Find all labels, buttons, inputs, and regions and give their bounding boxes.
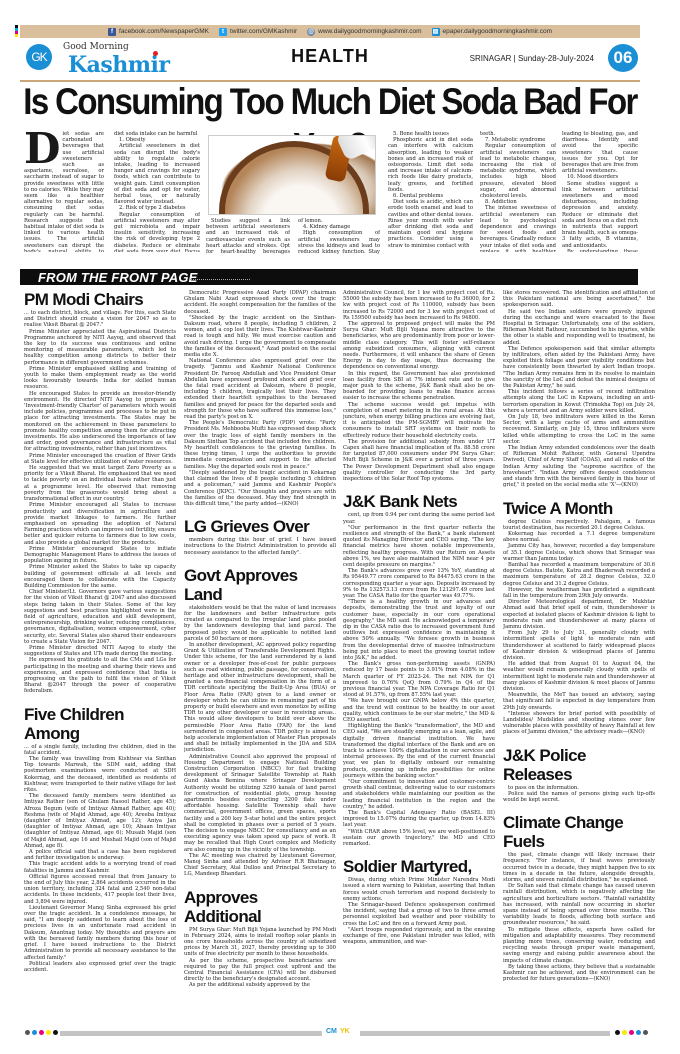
story-headline: J&K Police Releases xyxy=(503,746,655,784)
front-col-3: Administrative Council, for 1 kw with pr… xyxy=(343,290,495,1024)
lead-col-4b: 5. Bone health issues Phosphoric acid in… xyxy=(388,131,473,252)
drop-cap: D xyxy=(24,131,60,167)
facebook-icon: f xyxy=(108,28,116,36)
print-bar-left xyxy=(60,1031,322,1036)
diet-soda-photo xyxy=(208,135,376,215)
facebook-link[interactable]: f facebook.com/NewspaperGMK xyxy=(108,28,209,36)
story-headline: J&K Bank Nets xyxy=(343,492,495,511)
story-headline: Five Children Among xyxy=(24,705,176,743)
print-bar-right xyxy=(360,1031,610,1036)
print-mark-cm: CM xyxy=(326,1028,337,1035)
color-registration-dots-right xyxy=(615,1030,648,1035)
story-headline: Govt Approves Land xyxy=(184,566,336,604)
page-number-badge: 06 xyxy=(608,44,638,72)
story-headline: Soldier Martyred, xyxy=(343,857,495,876)
story-headline: Approves Additional xyxy=(184,888,336,926)
front-col-4: like stores recovered. The identificatio… xyxy=(503,290,655,1024)
social-links-bar: f facebook.com/NewspaperGMK t twitter.co… xyxy=(20,25,640,38)
document-icon: ▤ xyxy=(432,28,440,36)
lead-col-4a: of lemon. 4. Kidney damage High consumpt… xyxy=(298,218,380,254)
color-registration-dots-left xyxy=(25,1030,58,1035)
story-headline: PM Modi Chairs xyxy=(24,290,176,309)
lead-col-6: leading to bloating, gas, and diarrhoea.… xyxy=(562,131,638,252)
twitter-link[interactable]: t twitter.com/GMKashmir xyxy=(219,28,297,36)
twitter-icon: t xyxy=(219,28,227,36)
front-col-1: PM Modi Chairs ... to each district, blo… xyxy=(24,290,176,1024)
registration-marks xyxy=(15,25,18,37)
lead-col-5: teeth. 7. Metabolic syndrome Regular con… xyxy=(480,131,556,252)
website-link[interactable]: @ www.dailygoodmorningkashmir.com xyxy=(307,28,421,36)
lead-col-3: Studies suggest a link between artificia… xyxy=(206,218,290,254)
dateline: SRINAGAR | Sunday-28-July-2024 xyxy=(470,54,594,63)
story-headline: Climate Change Fuels xyxy=(503,813,655,851)
lead-col-2: diet soda intake can be harmful 1. Obesi… xyxy=(114,131,200,252)
epaper-link[interactable]: ▤ epaper.dailygoodmorningkashmir.com xyxy=(432,28,552,36)
print-mark-yk: YK xyxy=(340,1028,350,1035)
story-headline: LG Grieves Over xyxy=(184,517,336,536)
masthead: GK Good Morning Kashmir HEALTH SRINAGAR … xyxy=(20,40,640,80)
from-front-page-banner: FROM THE FRONT PAGE xyxy=(20,269,638,285)
lead-col-1: D iet sodas are carbonated beverages tha… xyxy=(24,131,104,252)
story-headline: Twice A Month xyxy=(503,499,655,518)
front-col-2: Democratic Progressive Azad Party (DPAP)… xyxy=(184,290,336,1024)
globe-icon: @ xyxy=(307,28,315,36)
